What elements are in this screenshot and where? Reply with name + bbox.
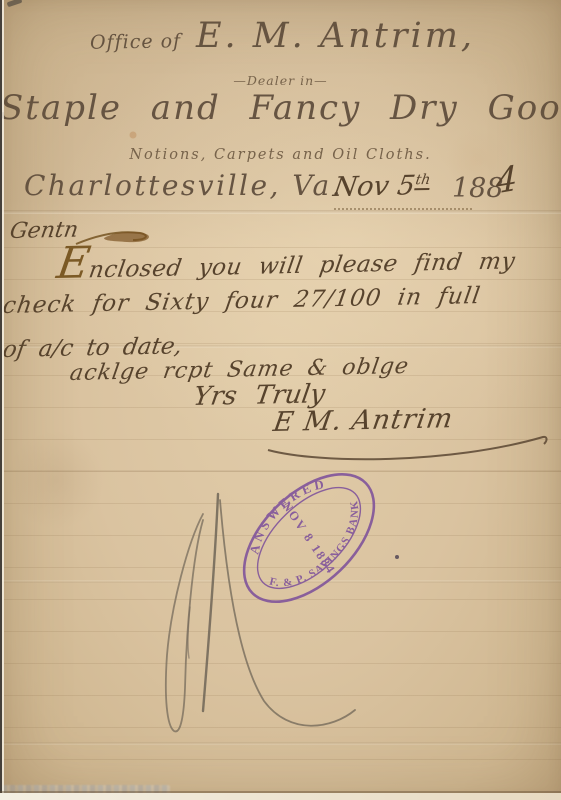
letterhead-place: Charlottesville, Va. <box>24 169 343 202</box>
scan-edge-bottom <box>0 793 561 800</box>
fold-crease <box>0 210 561 214</box>
corner-artifact <box>7 0 23 7</box>
letterhead-business-line: Staple and Fancy Dry Goods, <box>0 88 561 128</box>
letterhead-office-of: Office of <box>90 30 181 54</box>
letterhead-business-subline: Notions, Carpets and Oil Cloths. <box>0 147 561 163</box>
letterhead-proprietor-name: E. M. Antrim, <box>196 16 475 56</box>
scan-edge-left-highlight <box>2 0 4 800</box>
letter-scan: Office of E. M. Antrim, —Dealer in— Stap… <box>0 0 561 800</box>
letterhead-dealer-in: —Dealer in— <box>0 73 561 88</box>
signature: E M. Antrim <box>271 403 455 438</box>
handwritten-year-digit: 4 <box>496 158 517 202</box>
paper-stain <box>130 132 137 139</box>
